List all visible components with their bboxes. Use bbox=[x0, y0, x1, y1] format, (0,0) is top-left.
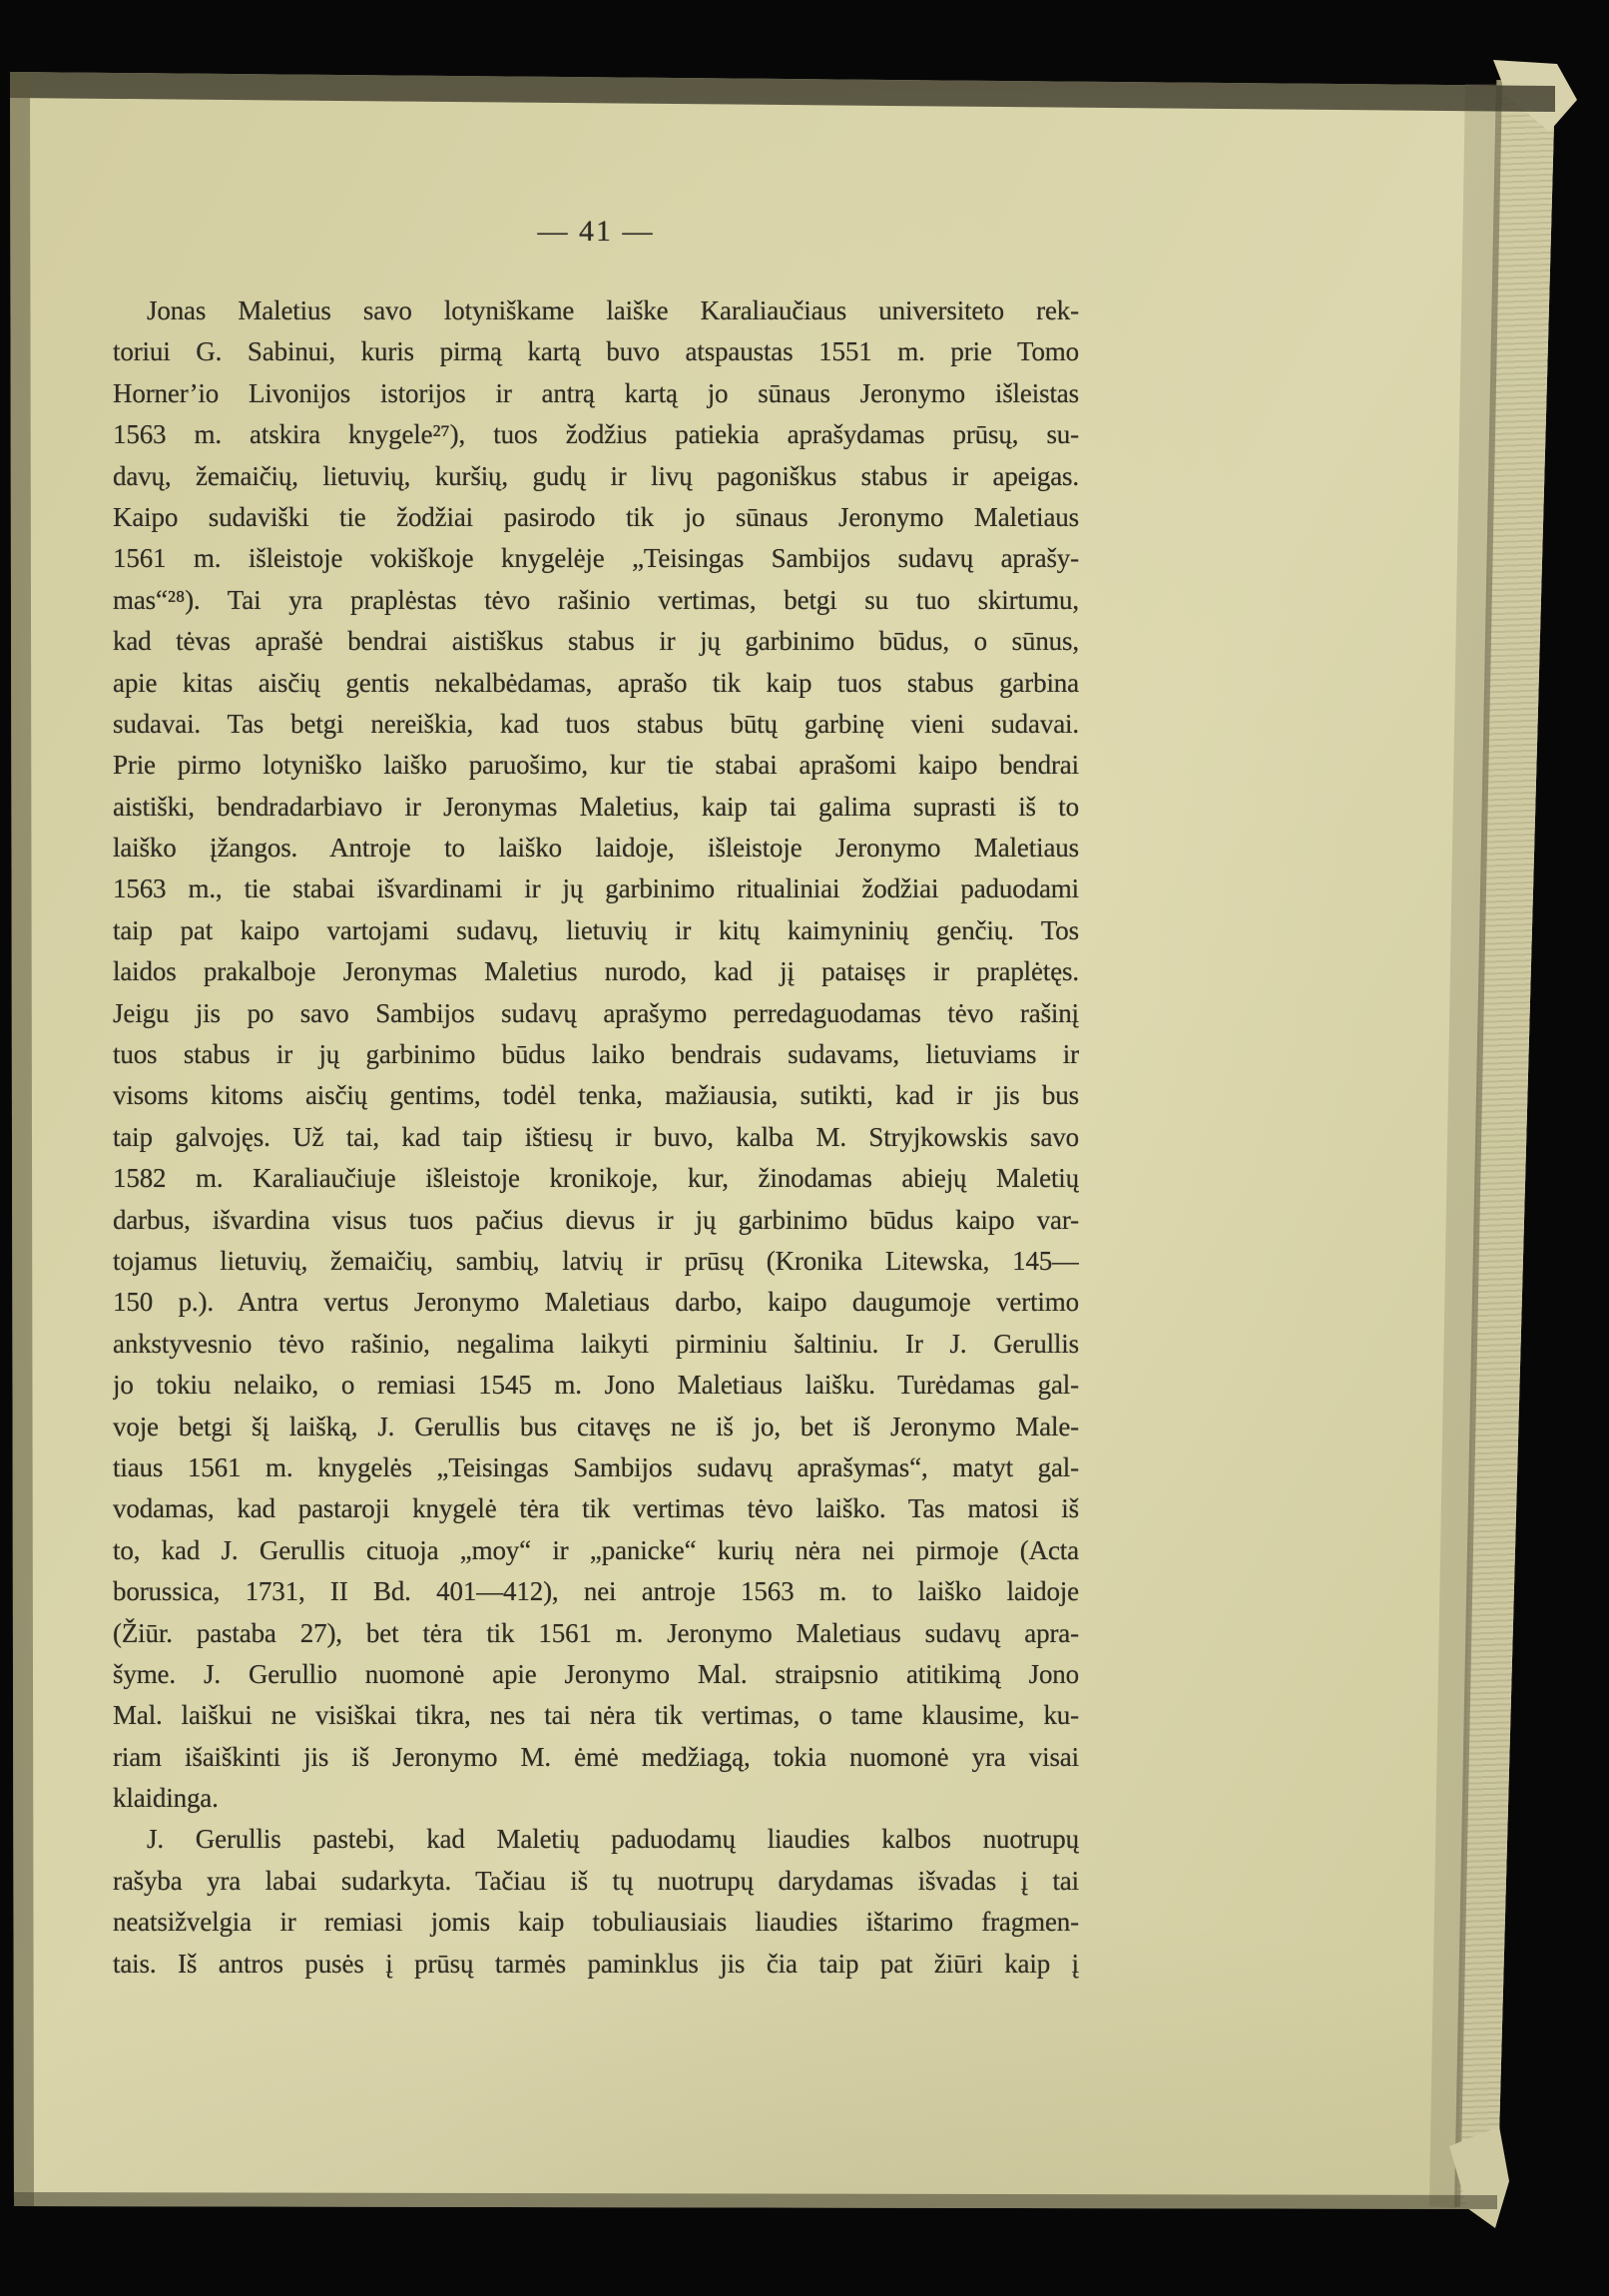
text-line: ankstyvesnio tėvo rašinio, negalima laik… bbox=[113, 1324, 1079, 1365]
text-line: taip galvojęs. Už tai, kad taip ištiesų … bbox=[113, 1117, 1079, 1158]
book-scan-photo: — 41 — Jonas Maletius savo lotyniškame l… bbox=[0, 0, 1609, 2296]
text-line: taip pat kaipo vartojami sudavų, lietuvi… bbox=[113, 910, 1079, 951]
text-line: Jeigu jis po savo Sambijos sudavų aprašy… bbox=[113, 993, 1079, 1034]
text-line: 150 p.). Antra vertus Jeronymo Maletiaus… bbox=[113, 1282, 1079, 1323]
text-line: klaidinga. bbox=[113, 1778, 1079, 1819]
text-line: voje betgi šį laišką, J. Gerullis bus ci… bbox=[113, 1407, 1079, 1447]
text-line: Kaipo sudaviški tie žodžiai pasirodo tik… bbox=[113, 497, 1079, 538]
text-line: vodamas, kad pastaroji knygelė tėra tik … bbox=[113, 1488, 1079, 1529]
text-line: riam išaiškinti jis iš Jeronymo M. ėmė m… bbox=[113, 1737, 1079, 1778]
text-line: to, kad J. Gerullis cituoja „moy“ ir „pa… bbox=[113, 1530, 1079, 1571]
text-line: aistiški, bendradarbiavo ir Jeronymas Ma… bbox=[113, 787, 1079, 828]
text-line: darbus, išvardina visus tuos pačius diev… bbox=[113, 1200, 1079, 1241]
text-line: J. Gerullis pastebi, kad Maletių paduoda… bbox=[113, 1819, 1079, 1860]
text-line: mas“²⁸). Tai yra praplėstas tėvo rašinio… bbox=[113, 580, 1079, 621]
text-line: kad tėvas aprašė bendrai aistiškus stabu… bbox=[113, 621, 1079, 662]
paragraph: Jonas Maletius savo lotyniškame laiške K… bbox=[113, 290, 1079, 1819]
text-line: Horner’io Livonijos istorijos ir antrą k… bbox=[113, 373, 1079, 414]
text-line: davų, žemaičių, lietuvių, kuršių, gudų i… bbox=[113, 456, 1079, 497]
text-line: toriui G. Sabinui, kuris pirmą kartą buv… bbox=[113, 331, 1079, 372]
page-number: — 41 — bbox=[113, 210, 1079, 254]
text-line: jo tokiu nelaiko, o remiasi 1545 m. Jono… bbox=[113, 1365, 1079, 1406]
text-line: laidos prakalboje Jeronymas Maletius nur… bbox=[113, 951, 1079, 992]
text-line: tiaus 1561 m. knygelės „Teisingas Sambij… bbox=[113, 1447, 1079, 1488]
text-line: 1582 m. Karaliaučiuje išleistoje kroniko… bbox=[113, 1158, 1079, 1199]
text-line: rašyba yra labai sudarkyta. Tačiau iš tų… bbox=[113, 1861, 1079, 1902]
text-line: visoms kitoms aisčių gentims, todėl tenk… bbox=[113, 1075, 1079, 1116]
text-line: tojamus lietuvių, žemaičių, sambių, latv… bbox=[113, 1241, 1079, 1282]
text-line: borussica, 1731, II Bd. 401—412), nei an… bbox=[113, 1571, 1079, 1612]
text-line: 1561 m. išleistoje vokiškoje knygelėje „… bbox=[113, 538, 1079, 579]
body-text: Jonas Maletius savo lotyniškame laiške K… bbox=[113, 290, 1079, 1985]
text-line: sudavai. Tas betgi nereiškia, kad tuos s… bbox=[113, 704, 1079, 745]
text-line: laiško įžangos. Antroje to laiško laidoj… bbox=[113, 828, 1079, 868]
text-line: apie kitas aisčių gentis nekalbėdamas, a… bbox=[113, 663, 1079, 704]
paragraph: J. Gerullis pastebi, kad Maletių paduoda… bbox=[113, 1819, 1079, 1985]
text-line: tais. Iš antros pusės į prūsų tarmės pam… bbox=[113, 1944, 1079, 1985]
text-line: Prie pirmo lotyniško laiško paruošimo, k… bbox=[113, 745, 1079, 786]
text-line: neatsižvelgia ir remiasi jomis kaip tobu… bbox=[113, 1902, 1079, 1943]
text-line: Mal. laiškui ne visiškai tikra, nes tai … bbox=[113, 1695, 1079, 1736]
text-line: tuos stabus ir jų garbinimo būdus laiko … bbox=[113, 1034, 1079, 1075]
text-line: 1563 m., tie stabai išvardinami ir jų ga… bbox=[113, 868, 1079, 909]
text-line: šyme. J. Gerullio nuomonė apie Jeronymo … bbox=[113, 1654, 1079, 1695]
text-line: 1563 m. atskira knygele²⁷), tuos žodžius… bbox=[113, 414, 1079, 455]
text-line: (Žiūr. pastaba 27), bet tėra tik 1561 m.… bbox=[113, 1613, 1079, 1654]
text-line: Jonas Maletius savo lotyniškame laiške K… bbox=[113, 290, 1079, 331]
